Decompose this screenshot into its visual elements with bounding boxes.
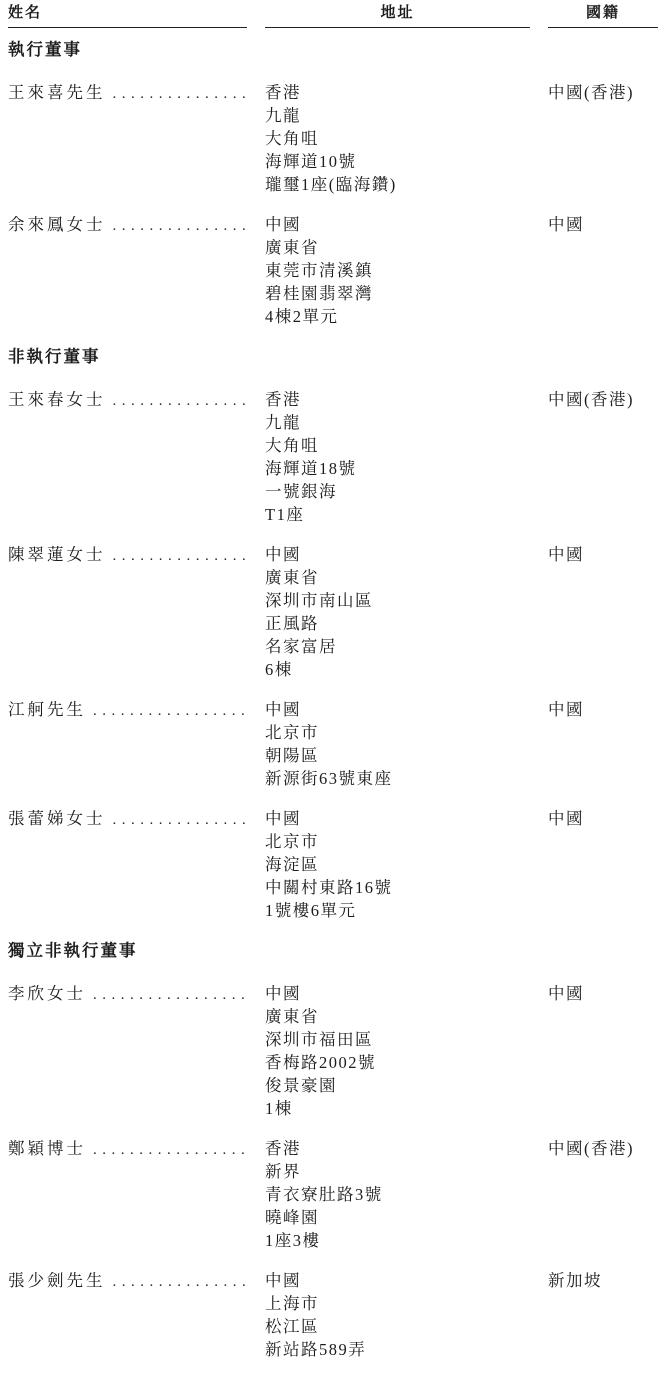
address-line: 俊景豪園 [265,1074,548,1097]
director-name: 余來鳳女士 [8,213,106,236]
address-line: 1座3樓 [265,1229,548,1252]
address-line: 名家富居 [265,635,548,658]
column-header-nationality: 國籍 [548,4,658,28]
dot-leader [113,545,248,568]
column-header-address: 地址 [265,4,530,28]
director-row: 王來喜先生 香港九龍大角咀海輝道10號瓏璽1座(臨海鑽) 中國(香港) [8,81,660,196]
director-address: 中國北京市朝陽區新源街63號東座 [265,698,548,790]
address-line: 中國 [265,1269,548,1292]
director-address: 中國廣東省東莞市清溪鎮碧桂園翡翠灣4棟2單元 [265,213,548,328]
director-name-cell: 王來春女士 [8,388,265,526]
address-line: 新站路589弄 [265,1338,548,1361]
address-line: 6棟 [265,658,548,681]
table-body: 執行董事 王來喜先生 香港九龍大角咀海輝道10號瓏璽1座(臨海鑽) 中國(香港)… [8,38,660,1361]
section-entries: 王來春女士 香港九龍大角咀海輝道18號一號銀海T1座 中國(香港) 陳翠蓮女士 … [8,388,660,922]
address-line: 松江區 [265,1315,548,1338]
section-entries: 王來喜先生 香港九龍大角咀海輝道10號瓏璽1座(臨海鑽) 中國(香港) 余來鳳女… [8,81,660,328]
address-line: 新源街63號東座 [265,767,548,790]
director-nationality: 中國 [548,982,660,1120]
address-line: 香港 [265,81,548,104]
address-line: 廣東省 [265,566,548,589]
address-line: 北京市 [265,721,548,744]
director-section: 執行董事 王來喜先生 香港九龍大角咀海輝道10號瓏璽1座(臨海鑽) 中國(香港)… [8,38,660,328]
address-line: 一號銀海 [265,480,548,503]
address-line: 4棟2單元 [265,305,548,328]
director-address: 中國廣東省深圳市福田區香梅路2002號俊景豪園1棟 [265,982,548,1120]
director-nationality: 中國 [548,807,660,922]
address-line: 朝陽區 [265,744,548,767]
column-header-name: 姓名 [8,4,247,28]
address-line: 中關村東路16號 [265,876,548,899]
address-line: 青衣寮肚路3號 [265,1183,548,1206]
director-row: 陳翠蓮女士 中國廣東省深圳市南山區正風路名家富居6棟 中國 [8,543,660,681]
director-row: 張蕾娣女士 中國北京市海淀區中關村東路16號1號樓6單元 中國 [8,807,660,922]
director-name-cell: 江舸先生 [8,698,265,790]
address-line: 廣東省 [265,236,548,259]
address-line: 中國 [265,213,548,236]
column-header-address-label: 地址 [380,5,414,21]
director-address: 中國廣東省深圳市南山區正風路名家富居6棟 [265,543,548,681]
address-line: 香港 [265,388,548,411]
address-line: 九龍 [265,104,548,127]
director-name: 李欣女士 [8,982,86,1005]
address-line: 九龍 [265,411,548,434]
address-line: 正風路 [265,612,548,635]
director-address: 中國北京市海淀區中關村東路16號1號樓6單元 [265,807,548,922]
address-line: 曉峰園 [265,1206,548,1229]
address-line: 香港 [265,1137,548,1160]
director-name: 張少劍先生 [8,1269,106,1292]
address-line: 中國 [265,807,548,830]
column-header-name-label: 姓名 [8,5,42,21]
address-line: T1座 [265,503,548,526]
director-section: 獨立非執行董事 李欣女士 中國廣東省深圳市福田區香梅路2002號俊景豪園1棟 中… [8,939,660,1361]
director-name-cell: 張蕾娣女士 [8,807,265,922]
director-row: 余來鳳女士 中國廣東省東莞市清溪鎮碧桂園翡翠灣4棟2單元 中國 [8,213,660,328]
address-line: 新界 [265,1160,548,1183]
director-name-cell: 陳翠蓮女士 [8,543,265,681]
dot-leader [113,1271,248,1294]
director-name: 鄭穎博士 [8,1137,86,1160]
director-nationality: 中國(香港) [548,388,660,526]
director-name-cell: 張少劍先生 [8,1269,265,1361]
director-name-cell: 鄭穎博士 [8,1137,265,1252]
address-line: 海輝道10號 [265,150,548,173]
director-nationality: 中國 [548,543,660,681]
section-title: 執行董事 [8,38,660,61]
director-row: 張少劍先生 中國上海市松江區新站路589弄 新加坡 [8,1269,660,1361]
address-line: 瓏璽1座(臨海鑽) [265,173,548,196]
section-entries: 李欣女士 中國廣東省深圳市福田區香梅路2002號俊景豪園1棟 中國 鄭穎博士 香… [8,982,660,1361]
director-row: 王來春女士 香港九龍大角咀海輝道18號一號銀海T1座 中國(香港) [8,388,660,526]
address-line: 廣東省 [265,1005,548,1028]
address-line: 中國 [265,982,548,1005]
address-line: 海輝道18號 [265,457,548,480]
director-address: 香港九龍大角咀海輝道18號一號銀海T1座 [265,388,548,526]
director-name-cell: 王來喜先生 [8,81,265,196]
dot-leader [113,83,248,106]
director-row: 江舸先生 中國北京市朝陽區新源街63號東座 中國 [8,698,660,790]
column-header-nationality-label: 國籍 [586,5,620,21]
section-title: 非執行董事 [8,345,660,368]
director-name: 陳翠蓮女士 [8,543,106,566]
address-line: 海淀區 [265,853,548,876]
director-name: 江舸先生 [8,698,86,721]
dot-leader [93,1139,247,1162]
address-line: 東莞市清溪鎮 [265,259,548,282]
director-name: 王來喜先生 [8,81,106,104]
director-name: 張蕾娣女士 [8,807,106,830]
director-name: 王來春女士 [8,388,106,411]
dot-leader [113,215,248,238]
address-line: 大角咀 [265,127,548,150]
dot-leader [93,984,247,1007]
director-row: 李欣女士 中國廣東省深圳市福田區香梅路2002號俊景豪園1棟 中國 [8,982,660,1120]
address-line: 香梅路2002號 [265,1051,548,1074]
address-line: 大角咀 [265,434,548,457]
director-nationality: 中國(香港) [548,81,660,196]
address-line: 1號樓6單元 [265,899,548,922]
director-name-cell: 李欣女士 [8,982,265,1120]
address-line: 1棟 [265,1097,548,1120]
directors-table-page: 姓名 地址 國籍 執行董事 王來喜先生 香港九龍大角咀海輝道10號瓏璽1座(臨海… [0,0,660,1398]
director-row: 鄭穎博士 香港新界青衣寮肚路3號曉峰園1座3樓 中國(香港) [8,1137,660,1252]
dot-leader [93,700,247,723]
address-line: 北京市 [265,830,548,853]
table-header: 姓名 地址 國籍 [8,4,660,28]
director-nationality: 中國(香港) [548,1137,660,1252]
address-line: 中國 [265,698,548,721]
director-address: 香港新界青衣寮肚路3號曉峰園1座3樓 [265,1137,548,1252]
director-section: 非執行董事 王來春女士 香港九龍大角咀海輝道18號一號銀海T1座 中國(香港) … [8,345,660,922]
address-line: 碧桂園翡翠灣 [265,282,548,305]
director-name-cell: 余來鳳女士 [8,213,265,328]
section-title: 獨立非執行董事 [8,939,660,962]
director-nationality: 中國 [548,698,660,790]
address-line: 上海市 [265,1292,548,1315]
dot-leader [113,390,248,413]
address-line: 深圳市南山區 [265,589,548,612]
dot-leader [113,809,248,832]
director-nationality: 中國 [548,213,660,328]
address-line: 深圳市福田區 [265,1028,548,1051]
director-address: 中國上海市松江區新站路589弄 [265,1269,548,1361]
address-line: 中國 [265,543,548,566]
director-address: 香港九龍大角咀海輝道10號瓏璽1座(臨海鑽) [265,81,548,196]
director-nationality: 新加坡 [548,1269,660,1361]
